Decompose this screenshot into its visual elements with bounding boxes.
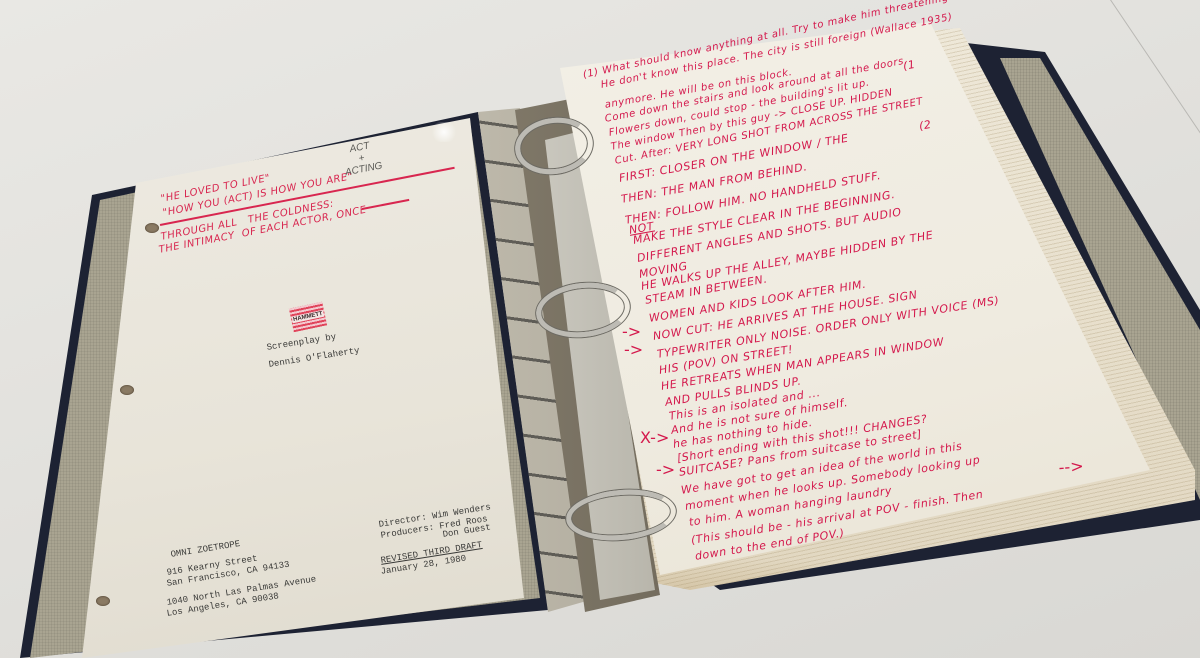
margin-mark: (1 <box>902 58 917 73</box>
logo-text: HAMMETT <box>292 311 325 324</box>
punch-hole <box>120 385 134 395</box>
arrow-icon: --> <box>1058 456 1084 477</box>
margin-mark: (2 <box>918 118 933 133</box>
case-glass-edge <box>1110 0 1200 158</box>
punch-hole <box>96 596 110 606</box>
arrow-icon: -> <box>622 322 641 341</box>
glass-reflection <box>430 122 458 142</box>
arrow-x-icon: X-> <box>640 428 669 447</box>
museum-display-case: "HE LOVED TO LIVE" "HOW YOU (ACT) IS HOW… <box>0 0 1200 658</box>
punch-hole <box>145 223 159 233</box>
arrow-icon: -> <box>624 340 643 359</box>
arrow-icon: -> <box>656 460 675 479</box>
